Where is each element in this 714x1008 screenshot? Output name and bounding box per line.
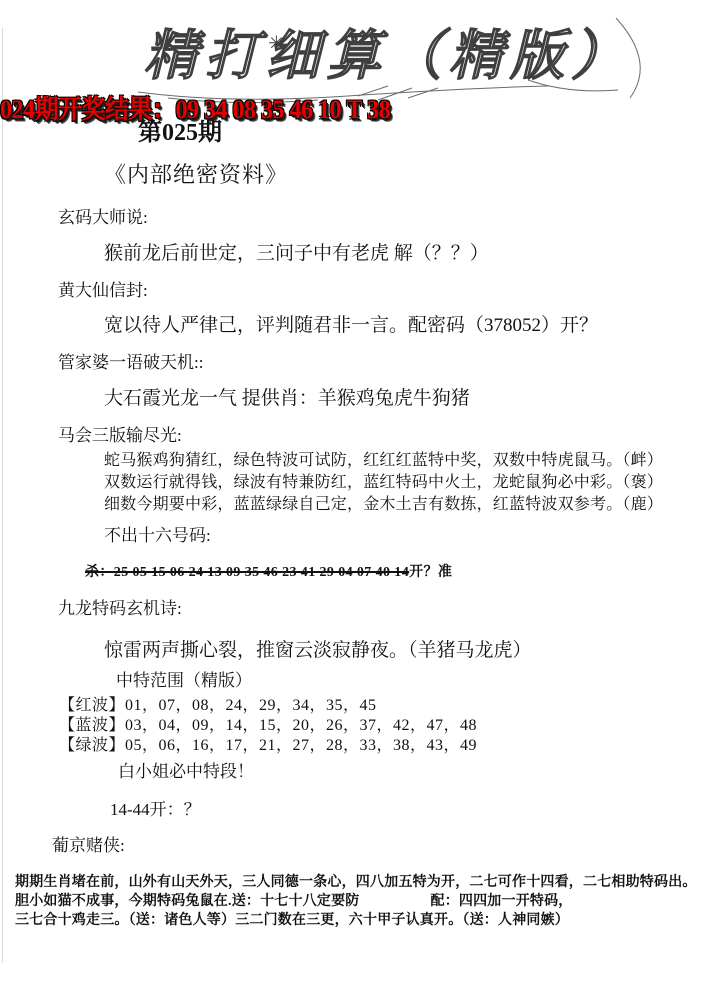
mahui-note: 不出十六号码: [104,521,211,546]
tip-sheet-page: 精打细算（精版） ✳ 024期开奖结果：09 34 08 35 46 10 T … [0,0,714,1008]
section-label-jiulong: 九龙特码玄机诗: [58,594,182,619]
kill-numbers-tail: 开？准 [409,565,452,580]
mahui-poem-line: 双数运行就得钱，绿波有特兼防红，蓝红特码中火土，龙蛇鼠狗必中彩。（褒） [104,472,663,494]
section-label-guanjiapo: 管家婆一语破天机:: [58,348,203,373]
pujing-line: 三七合十鸡走三。（送：诸色人等）三二门数在三更，六十甲子认真开。（送：人神同嫉） [15,909,569,929]
range-title: 中特范围（精版） [116,666,252,691]
mahui-poem-line: 蛇马猴鸡狗猜红，绿色特波可试防，红红红蓝特中奖，双数中特虎鼠马。（衅） [104,450,663,472]
section-label-pujing: 葡京赌侠: [52,831,125,856]
issue-number: 第025期 [138,112,222,147]
kill-numbers-line: 杀：25 05 15 06 24 13 09 35 46 23 41 29 04… [85,561,452,581]
wave-numbers-green: 05，06，16，17，21，27，28，33，38，43，49 [125,737,477,754]
secret-heading: 《内部绝密资料》 [104,158,288,189]
jiulong-verse: 惊雷两声撕心裂，推窗云淡寂静夜。（羊猪马龙虎） [104,635,532,662]
mahui-poem-line: 细数今期要中彩，蓝蓝绿绿自己定，金木土吉有数拣，红蓝特波双参考。（鹿） [104,494,663,516]
huangdaxian-verse: 宽以待人严律己，评判随君非一言。配密码（378052）开？ [104,310,598,337]
pujing-line: 胆小如猫不成事，今期特码兔鼠在.送：十七十八定要防 配：四四加一开特码， [15,890,573,910]
section-label-huangdaxian: 黄大仙信封: [58,276,148,301]
kill-numbers-struck: 杀：25 05 15 06 24 13 09 35 46 23 41 29 04… [85,565,409,580]
wave-label-green: 【绿波】 [59,737,125,754]
guanjiapo-verse: 大石霞光龙一气 提供肖：羊猴鸡兔虎牛狗猪 [104,383,470,410]
wave-row-green: 【绿波】05，06，16，17，21，27，28，33，38，43，49 [59,732,477,755]
section-label-mahui: 马会三版输尽光: [58,421,182,446]
star-mark: ✳ [268,33,285,55]
pujing-line: 期期生肖堵在前，山外有山天外天，三人同德一条心，四八加五特为开，二七可作十四看，… [15,871,697,891]
sketch-title-text: 精打细算（精版） [141,24,645,87]
answer-line: 14-44开：？ [110,795,201,820]
xuanma-verse: 猴前龙后前世定，三问子中有老虎 解（？？） [104,238,489,265]
baixiaojie-line: 白小姐必中特段！ [118,757,254,782]
section-label-xuanma: 玄码大师说: [58,203,148,228]
left-edge-rule [2,28,3,963]
